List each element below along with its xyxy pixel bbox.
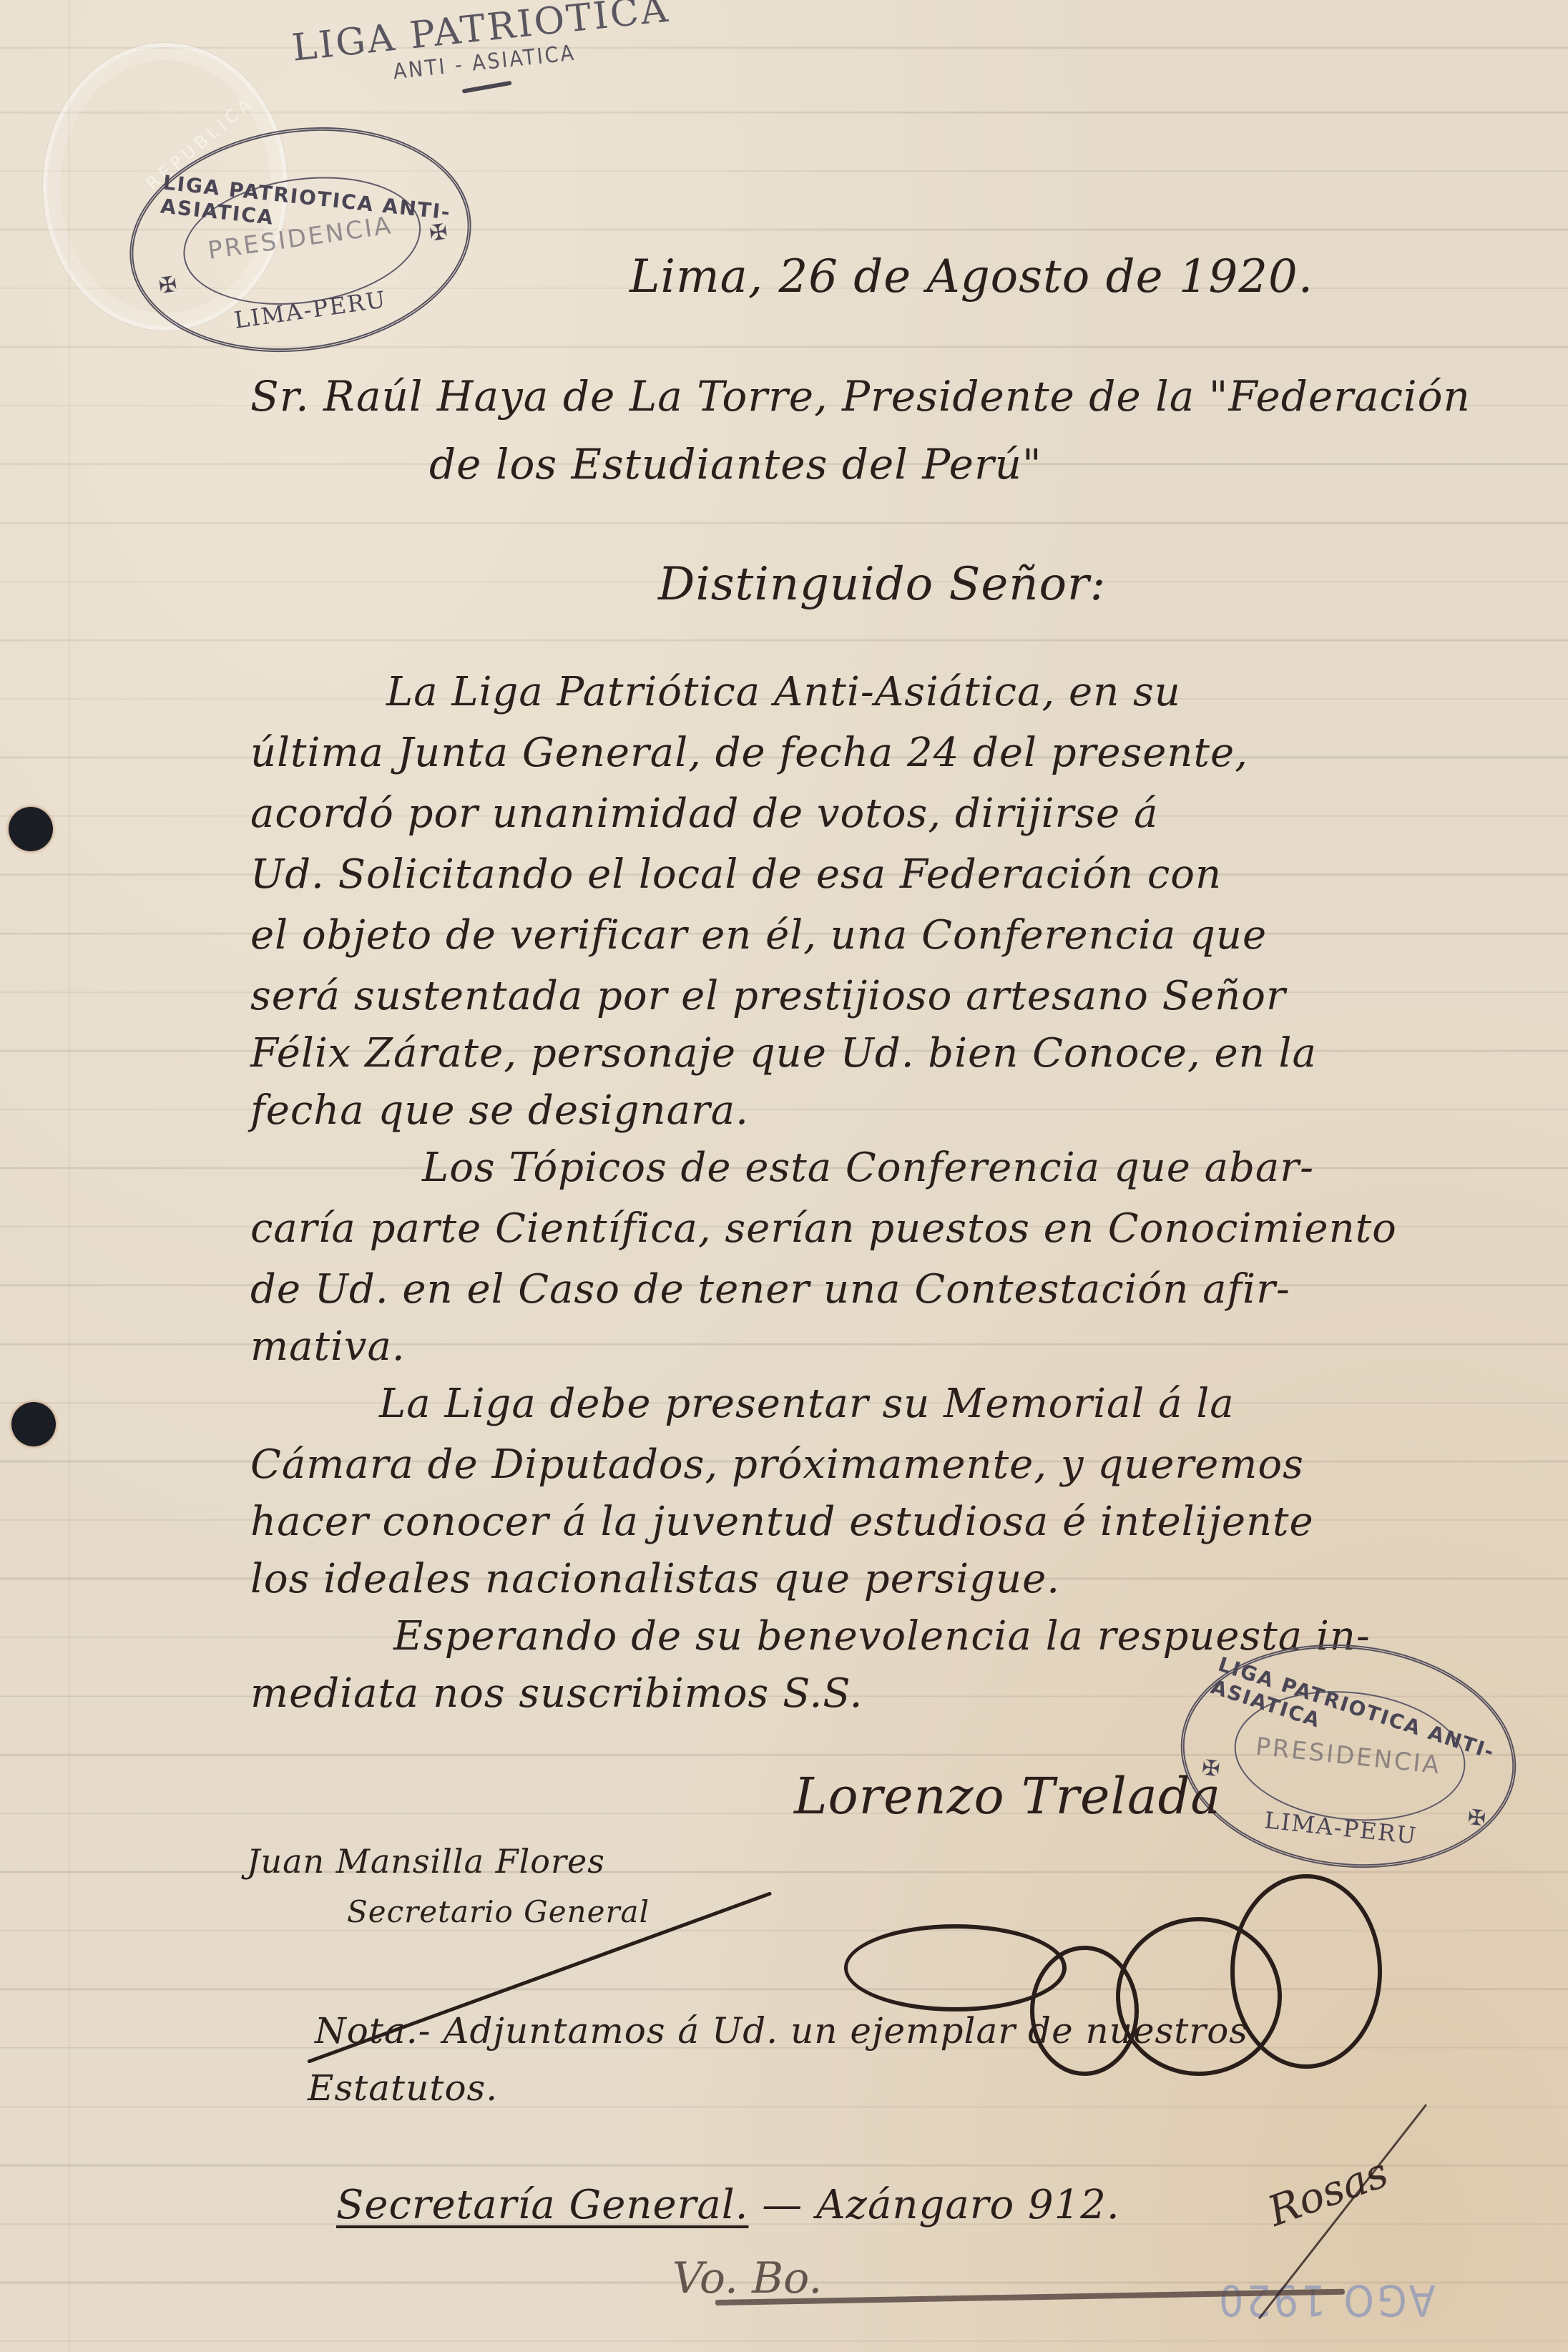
body-line: última Junta General, de fecha 24 del pr… — [250, 730, 1248, 776]
presidency-stamp-bottom: LIGA PATRIOTICA ANTI-ASIATICA PRESIDENCI… — [1170, 1628, 1527, 1883]
secretary-signature-name: Juan Mansilla Flores — [247, 1842, 605, 1881]
note-line-2: Estatutos. — [308, 2067, 498, 2109]
margin-rule — [69, 0, 69, 2352]
letter-page: REPUBLICA LIGA PATRIOTICA ANTI - ASIATIC… — [0, 0, 1568, 2352]
body-line: acordó por unanimidad de votos, dirijirs… — [250, 790, 1158, 837]
body-line: de Ud. en el Caso de tener una Contestac… — [250, 1266, 1290, 1313]
body-line: será sustentada por el prestijioso artes… — [250, 973, 1286, 1019]
body-line: Los Tópicos de esta Conferencia que abar… — [422, 1145, 1314, 1191]
body-line: Cámara de Diputados, próximamente, y que… — [250, 1441, 1304, 1488]
addressee-line-2: de los Estudiantes del Perú" — [429, 440, 1042, 489]
body-line: Félix Zárate, personaje que Ud. bien Con… — [250, 1030, 1317, 1077]
body-line: mediata nos suscribimos S.S. — [250, 1670, 863, 1717]
body-line: los ideales nacionalistas que persigue. — [250, 1556, 1060, 1602]
archive-date-stamp: AGO 1920 — [1216, 2275, 1436, 2325]
body-line: La Liga Patriótica Anti-Asiática, en su — [386, 669, 1181, 715]
body-line: La Liga debe presentar su Memorial á la — [379, 1381, 1235, 1427]
letterhead: LIGA PATRIOTICA ANTI - ASIATICA — [290, 0, 675, 109]
body-line: fecha que se designara. — [250, 1087, 749, 1134]
punch-hole-icon — [9, 807, 53, 851]
footer-street: — Azángaro 912. — [762, 2182, 1119, 2228]
note-line-1: Nota.- Adjuntamos á Ud. un ejemplar de n… — [315, 2010, 1248, 2052]
cross-star-icon: ✠ — [428, 219, 449, 246]
secretary-title: Secretario General — [347, 1894, 650, 1929]
footer-label: Secretaría General. — [336, 2182, 748, 2228]
body-line: caría parte Científica, serían puestos e… — [250, 1205, 1397, 1252]
cross-star-icon: ✠ — [157, 272, 179, 299]
body-line: mativa. — [250, 1323, 406, 1370]
signature-flourish — [1230, 1874, 1382, 2069]
letter-date: Lima, 26 de Agosto de 1920. — [629, 250, 1313, 303]
addressee-line-1: Sr. Raúl Haya de La Torre, Presidente de… — [250, 372, 1471, 421]
body-line: hacer conocer á la juventud estudiosa é … — [250, 1499, 1314, 1545]
letterhead-dash — [462, 81, 512, 94]
punch-hole-icon — [11, 1402, 56, 1446]
footer-address: Secretaría General. — Azángaro 912. — [336, 2182, 1120, 2228]
president-signature-name: Lorenzo Trelada — [794, 1767, 1221, 1826]
initials-signature: Rosas — [1262, 2148, 1395, 2236]
salutation: Distinguido Señor: — [658, 558, 1106, 611]
body-line: Ud. Solicitando el local de esa Federaci… — [250, 851, 1222, 898]
receipt-signature: Vo. Bo. — [672, 2253, 822, 2303]
body-line: el objeto de verificar en él, una Confer… — [250, 912, 1267, 959]
